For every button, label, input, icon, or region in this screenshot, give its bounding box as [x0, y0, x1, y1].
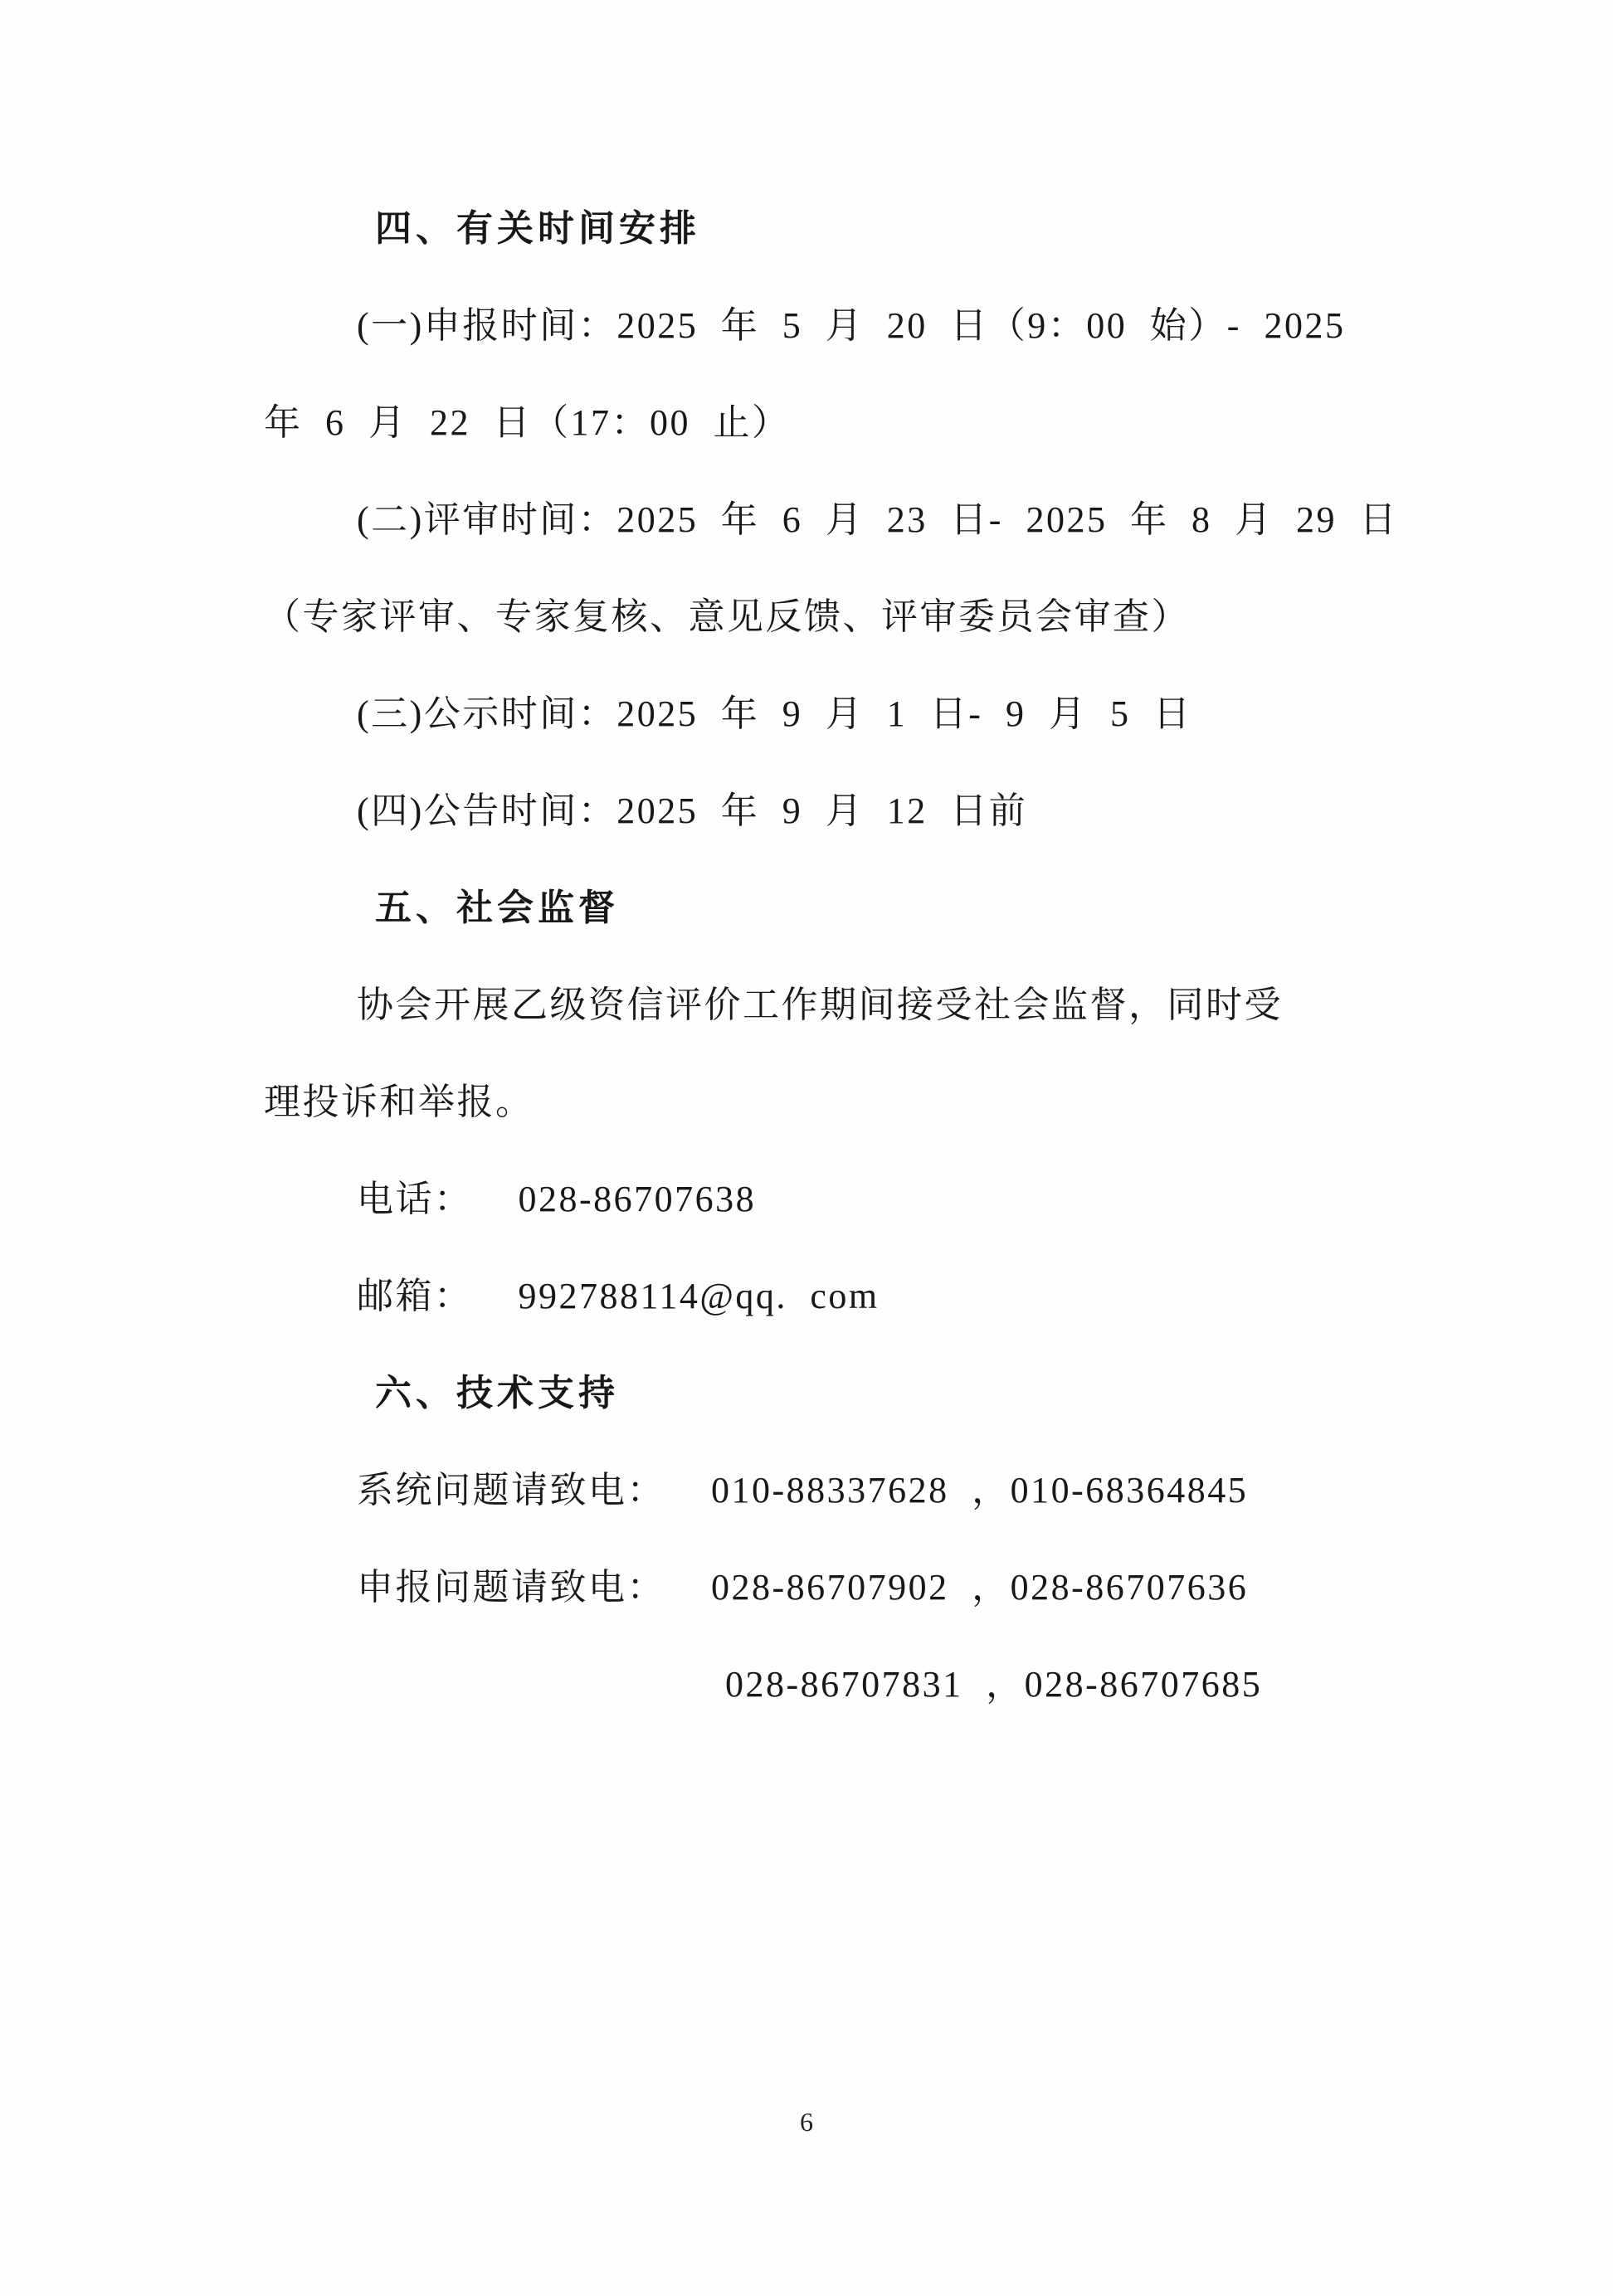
text-line: (四)公告时间：2025 年 9 月 12 日前 [264, 758, 1489, 855]
text-line: 邮箱： 992788114@qq. com [264, 1243, 1489, 1340]
text-block: 四、有关时间安排(一)申报时间：2025 年 5 月 20 日（9：00 始）-… [264, 176, 1489, 1729]
page-number: 6 [0, 2107, 1613, 2138]
text-line: 申报问题请致电： 028-86707902 ，028-86707636 [264, 1535, 1489, 1632]
text-line: 系统问题请致电： 010-88337628 ，010-68364845 [264, 1437, 1489, 1535]
text-line: （专家评审、专家复核、意见反馈、评审委员会审查） [264, 564, 1489, 661]
text-line: 年 6 月 22 日（17：00 止） [264, 370, 1489, 467]
text-line: 六、技术支持 [264, 1340, 1489, 1437]
text-line: (三)公示时间：2025 年 9 月 1 日- 9 月 5 日 [264, 661, 1489, 758]
text-line: 五、社会监督 [264, 855, 1489, 952]
text-line: 协会开展乙级资信评价工作期间接受社会监督，同时受 [264, 952, 1489, 1049]
text-line: (二)评审时间：2025 年 6 月 23 日- 2025 年 8 月 29 日 [264, 467, 1489, 564]
text-line: 理投诉和举报。 [264, 1049, 1489, 1146]
text-line: 电话： 028-86707638 [264, 1146, 1489, 1243]
document-page: 四、有关时间安排(一)申报时间：2025 年 5 月 20 日（9：00 始）-… [0, 0, 1613, 2296]
text-line: 028-86707831 ，028-86707685 [264, 1632, 1489, 1729]
text-line: (一)申报时间：2025 年 5 月 20 日（9：00 始）- 2025 [264, 273, 1489, 370]
text-line: 四、有关时间安排 [264, 176, 1489, 273]
